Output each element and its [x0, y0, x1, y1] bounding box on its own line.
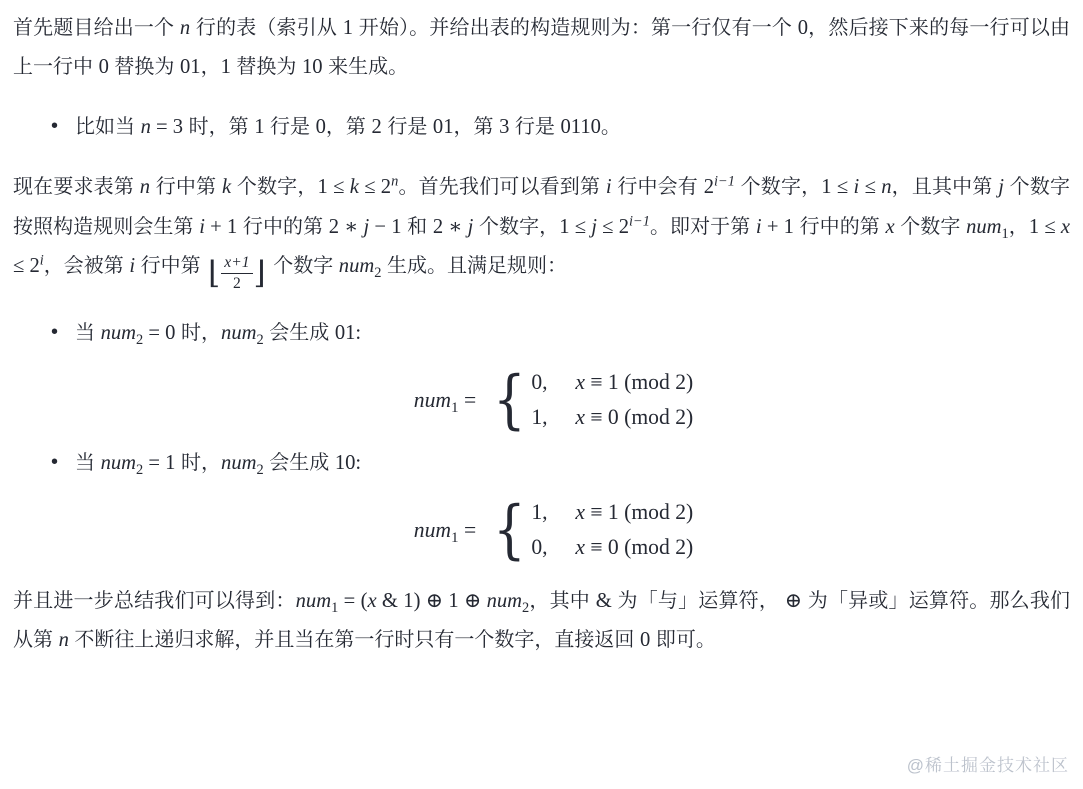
paragraph-conclusion: 并且进一步总结我们可以得到：num1 = (x & 1) ⊕ 1 ⊕ num2，… — [13, 582, 1070, 660]
case-value: 1, — [531, 499, 575, 526]
piecewise-formula-num2-eq-1: num1 = { 1,x ≡ 1 (mod 2) 0,x ≡ 0 (mod 2) — [75, 499, 1032, 562]
rules-list: 当 num2 = 0 时，num2 会生成 01: num1 = { 0,x ≡… — [13, 314, 1070, 561]
formula-lhs-subscript: 1 — [451, 400, 459, 416]
formula-lhs-var: num — [414, 388, 451, 412]
case-variable: x — [575, 500, 585, 524]
paragraph-intro: 首先题目给出一个 n 行的表（索引从 1 开始）。并给出表的构造规则为：第一行仅… — [13, 9, 1070, 87]
case-row: 1,x ≡ 0 (mod 2) — [531, 404, 693, 431]
case-variable: x — [575, 535, 585, 559]
case-condition: ≡ 1 (mod 2) — [585, 370, 693, 394]
rule-1-text: 当 num2 = 1 时，num2 会生成 10: — [75, 452, 361, 474]
case-condition: ≡ 0 (mod 2) — [585, 535, 693, 559]
case-row: 1,x ≡ 1 (mod 2) — [531, 499, 693, 526]
left-brace-glyph: { — [493, 504, 526, 556]
case-row: 0,x ≡ 0 (mod 2) — [531, 534, 693, 561]
list-item-example: 比如当 n = 3 时，第 1 行是 0，第 2 行是 01，第 3 行是 01… — [75, 108, 1070, 147]
case-value: 1, — [531, 404, 575, 431]
article-page: 首先题目给出一个 n 行的表（索引从 1 开始）。并给出表的构造规则为：第一行仅… — [0, 0, 1083, 789]
equals-sign: = — [459, 388, 482, 412]
left-brace-glyph: { — [493, 374, 526, 426]
equals-sign: = — [459, 518, 482, 542]
formula-cases: 0,x ≡ 1 (mod 2) 1,x ≡ 0 (mod 2) — [531, 369, 693, 432]
case-variable: x — [575, 405, 585, 429]
formula-lhs: num1 = — [414, 517, 482, 544]
formula-lhs: num1 = — [414, 387, 482, 414]
formula-lhs-subscript: 1 — [451, 530, 459, 546]
case-value: 0, — [531, 369, 575, 396]
case-row: 0,x ≡ 1 (mod 2) — [531, 369, 693, 396]
case-condition: ≡ 1 (mod 2) — [585, 500, 693, 524]
paragraph-derivation: 现在要求表第 n 行中第 k 个数字，1 ≤ k ≤ 2n。首先我们可以看到第 … — [13, 168, 1070, 293]
case-variable: x — [575, 370, 585, 394]
list-item-rule-num2-eq-1: 当 num2 = 1 时，num2 会生成 10: num1 = { 1,x ≡… — [75, 444, 1070, 562]
list-item-example-text: 比如当 n = 3 时，第 1 行是 0，第 2 行是 01，第 3 行是 01… — [75, 116, 621, 138]
case-value: 0, — [531, 534, 575, 561]
watermark: @稀土掘金技术社区 — [907, 750, 1069, 782]
formula-lhs-var: num — [414, 518, 451, 542]
case-condition: ≡ 0 (mod 2) — [585, 405, 693, 429]
formula-cases: 1,x ≡ 1 (mod 2) 0,x ≡ 0 (mod 2) — [531, 499, 693, 562]
example-list: 比如当 n = 3 时，第 1 行是 0，第 2 行是 01，第 3 行是 01… — [13, 108, 1070, 147]
list-item-rule-num2-eq-0: 当 num2 = 0 时，num2 会生成 01: num1 = { 0,x ≡… — [75, 314, 1070, 432]
piecewise-formula-num2-eq-0: num1 = { 0,x ≡ 1 (mod 2) 1,x ≡ 0 (mod 2) — [75, 369, 1032, 432]
rule-0-text: 当 num2 = 0 时，num2 会生成 01: — [75, 322, 361, 344]
